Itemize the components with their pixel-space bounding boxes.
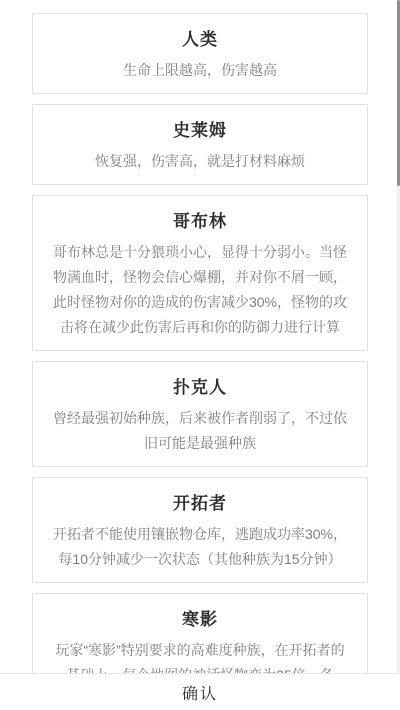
race-name: 人类 <box>49 28 351 52</box>
race-description: 开拓者不能使用镶嵌物仓库，逃跑成功率30%，每10分钟减少一次状态（其他种族为1… <box>49 522 351 572</box>
race-description: 恢复强，伤害高，就是打材料麻烦 <box>49 149 351 174</box>
race-card-slime[interactable]: 史莱姆 恢复强，伤害高，就是打材料麻烦 <box>32 104 368 185</box>
race-select-page: 人类 生命上限越高，伤害越高 史莱姆 恢复强，伤害高，就是打材料麻烦 哥布林 哥… <box>0 0 400 710</box>
race-description: 哥布林总是十分猥琐小心，显得十分弱小。当怪物满血时，怪物会信心爆棚，并对你不屑一… <box>49 240 351 340</box>
race-name: 史莱姆 <box>49 119 351 143</box>
race-name: 哥布林 <box>49 210 351 234</box>
race-card-goblin[interactable]: 哥布林 哥布林总是十分猥琐小心，显得十分弱小。当怪物满血时，怪物会信心爆棚，并对… <box>32 195 368 351</box>
race-description: 生命上限越高，伤害越高 <box>49 58 351 83</box>
race-name: 开拓者 <box>49 492 351 516</box>
race-list-scroll-area[interactable]: 人类 生命上限越高，伤害越高 史莱姆 恢复强，伤害高，就是打材料麻烦 哥布林 哥… <box>0 0 400 673</box>
race-card-pioneer[interactable]: 开拓者 开拓者不能使用镶嵌物仓库，逃跑成功率30%，每10分钟减少一次状态（其他… <box>32 477 368 583</box>
race-card-poker[interactable]: 扑克人 曾经最强初始种族，后来被作者削弱了，不过依旧可能是最强种族 <box>32 361 368 467</box>
race-name: 扑克人 <box>49 376 351 400</box>
footer-bar: 确认 <box>0 673 400 710</box>
race-card-human[interactable]: 人类 生命上限越高，伤害越高 <box>32 13 368 94</box>
confirm-button[interactable]: 确认 <box>182 681 218 704</box>
race-card-hanying[interactable]: 寒影 玩家“寒影”特别要求的高难度种族，在开拓者的基础上，每个地图的神话怪物变为… <box>32 593 368 673</box>
race-description: 曾经最强初始种族，后来被作者削弱了，不过依旧可能是最强种族 <box>49 406 351 456</box>
race-description: 玩家“寒影”特别要求的高难度种族，在开拓者的基础上，每个地图的神话怪物变为25倍… <box>49 638 351 673</box>
race-name: 寒影 <box>49 608 351 632</box>
